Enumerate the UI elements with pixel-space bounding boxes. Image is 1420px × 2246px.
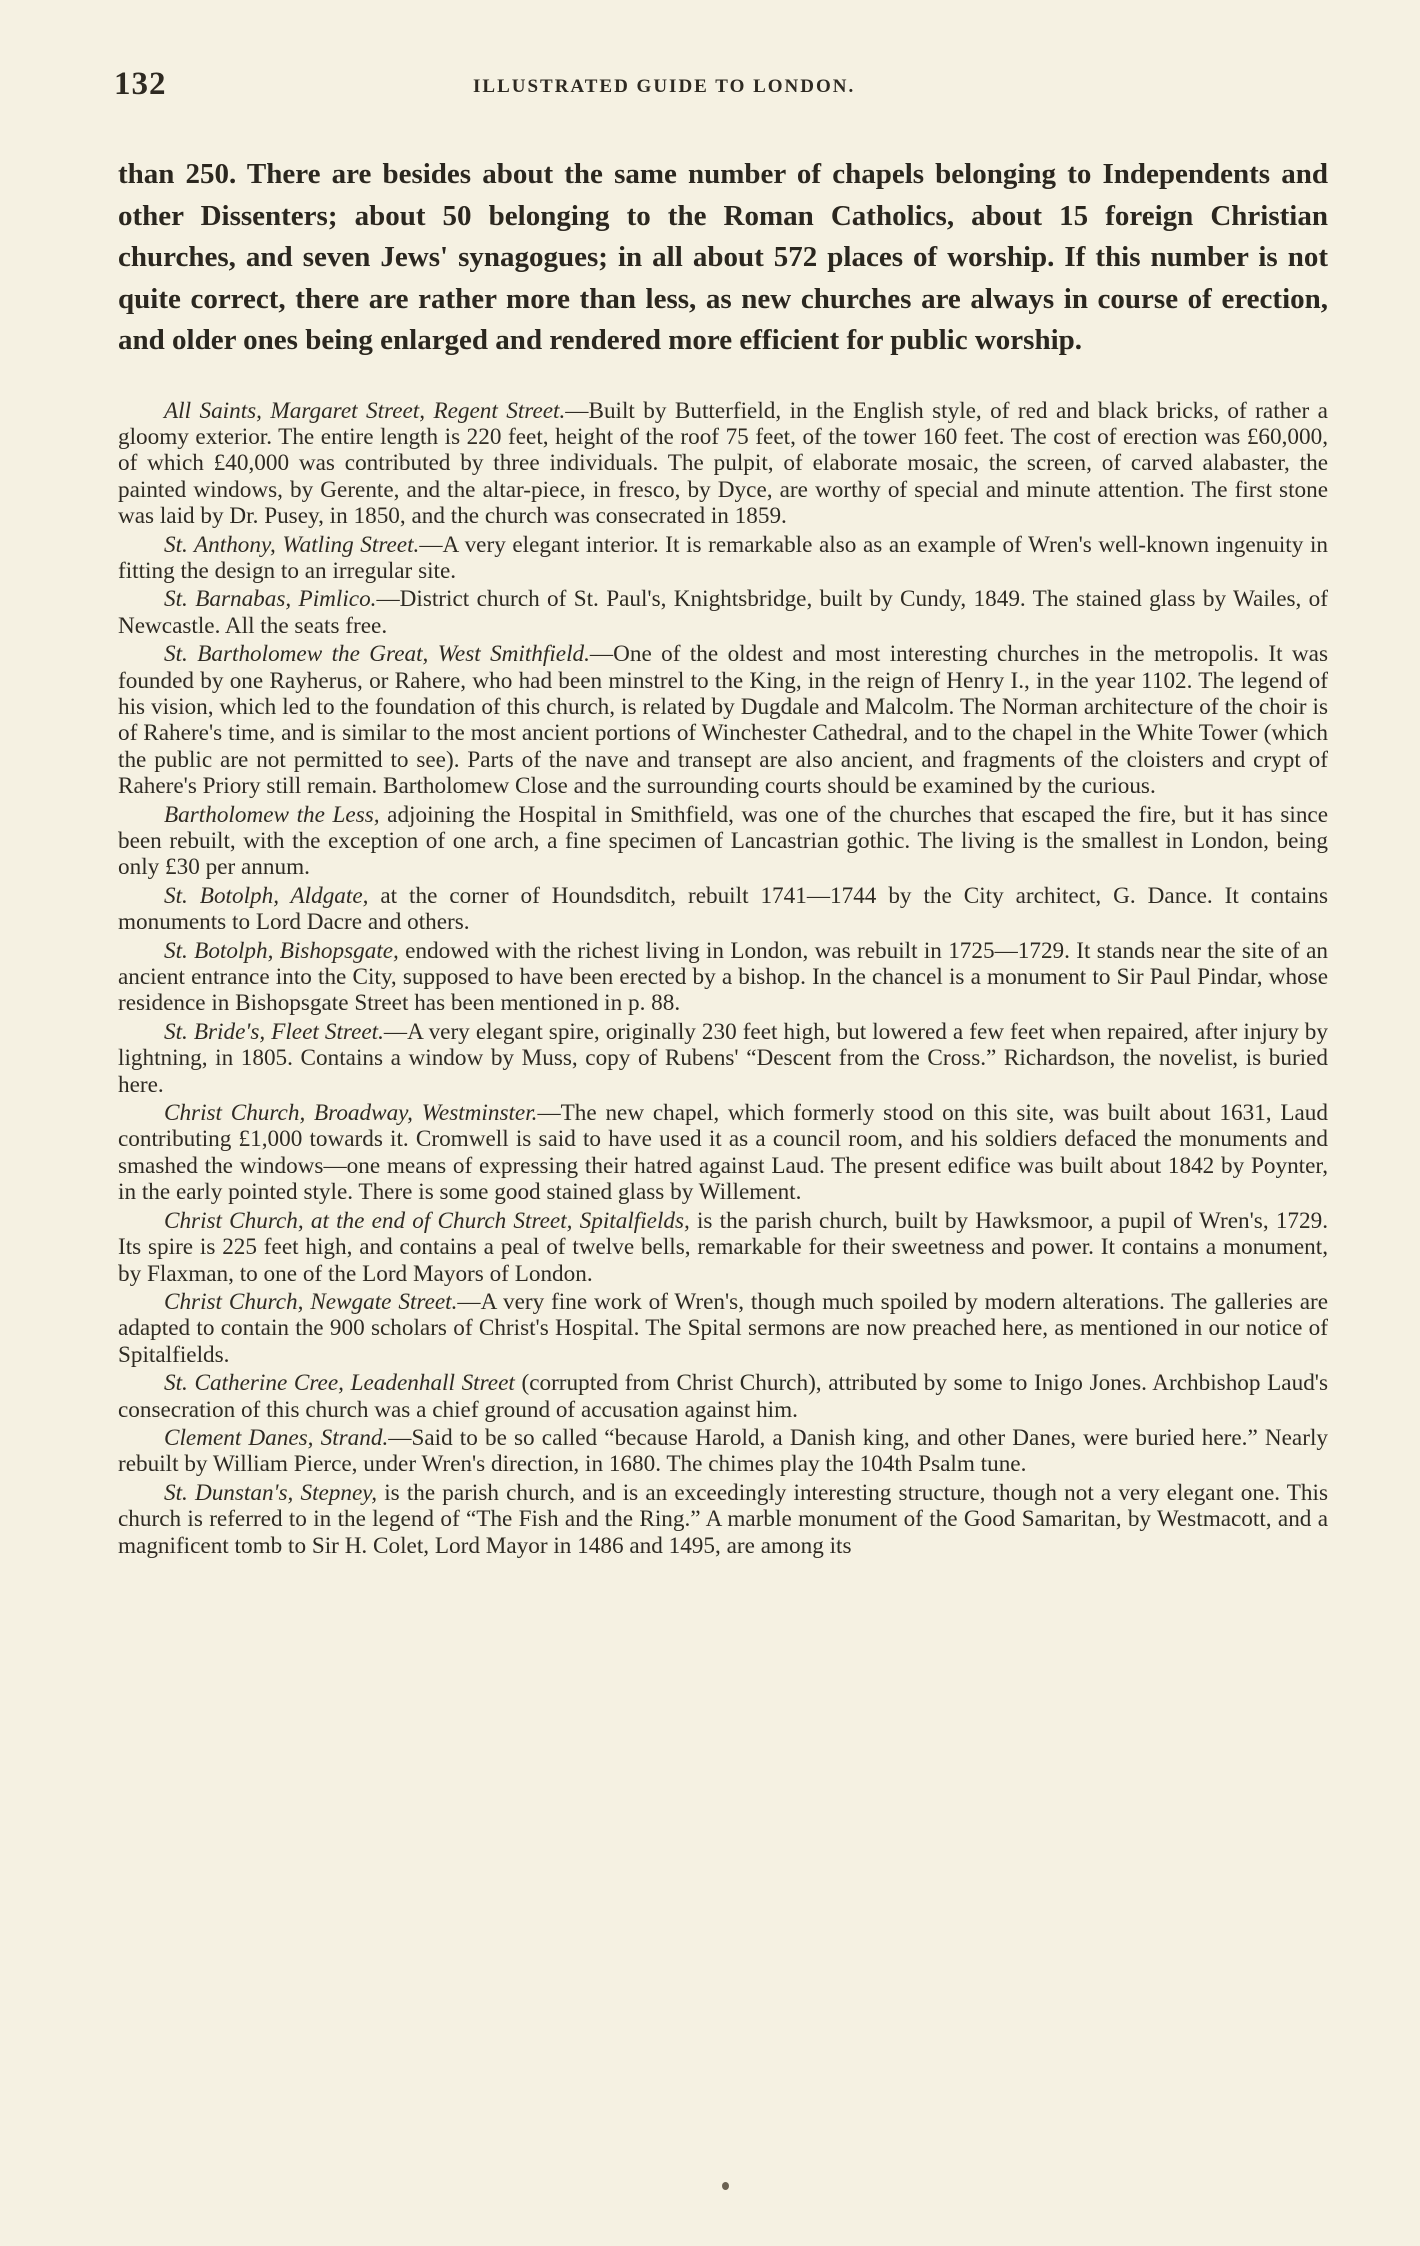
entry-name: St. Botolph, Bishopsgate, bbox=[164, 938, 399, 964]
entry-st-anthony: St. Anthony, Watling Street.—A very eleg… bbox=[118, 532, 1328, 585]
entry-name: Clement Danes, Strand. bbox=[164, 1425, 388, 1451]
ink-dot-mark bbox=[722, 2182, 729, 2190]
entry-name: St. Dunstan's, Stepney, bbox=[164, 1480, 377, 1506]
church-entries: All Saints, Margaret Street, Regent Stre… bbox=[118, 398, 1328, 1559]
entry-st-bartholomew-great: St. Bartholomew the Great, West Smithfie… bbox=[118, 641, 1328, 799]
page-number: 132 bbox=[114, 66, 167, 103]
entry-name: Christ Church, at the end of Church Stre… bbox=[164, 1208, 690, 1234]
entry-name: Bartholomew the Less, bbox=[164, 802, 380, 828]
entry-st-catherine-cree: St. Catherine Cree, Leadenhall Street (c… bbox=[118, 1370, 1328, 1423]
entry-st-brides: St. Bride's, Fleet Street.—A very elegan… bbox=[118, 1019, 1328, 1098]
entry-name: St. Botolph, Aldgate, bbox=[164, 883, 368, 909]
entry-christ-church-newgate: Christ Church, Newgate Street.—A very fi… bbox=[118, 1289, 1328, 1368]
entry-clement-danes: Clement Danes, Strand.—Said to be so cal… bbox=[118, 1425, 1328, 1478]
entry-name: St. Bartholomew the Great, West Smithfie… bbox=[164, 641, 590, 667]
entry-name: St. Anthony, Watling Street. bbox=[164, 532, 419, 558]
entry-st-botolph-bishopsgate: St. Botolph, Bishopsgate, endowed with t… bbox=[118, 938, 1328, 1017]
running-title: ILLUSTRATED GUIDE TO LONDON. bbox=[473, 76, 855, 98]
intro-paragraph: than 250. There are besides about the sa… bbox=[118, 154, 1328, 362]
running-head: 132 ILLUSTRATED GUIDE TO LONDON. bbox=[118, 66, 1328, 106]
entry-name: Christ Church, Broadway, Westminster. bbox=[164, 1100, 537, 1126]
entry-bartholomew-less: Bartholomew the Less, adjoining the Hosp… bbox=[118, 802, 1328, 881]
entry-name: St. Barnabas, Pimlico. bbox=[164, 586, 376, 612]
book-page: 132 ILLUSTRATED GUIDE TO LONDON. than 25… bbox=[118, 66, 1328, 1561]
entry-christ-church-westminster: Christ Church, Broadway, Westminster.—Th… bbox=[118, 1100, 1328, 1206]
entry-name: Christ Church, Newgate Street. bbox=[164, 1289, 457, 1315]
entry-all-saints: All Saints, Margaret Street, Regent Stre… bbox=[118, 398, 1328, 530]
entry-name: All Saints, Margaret Street, Regent Stre… bbox=[164, 398, 565, 424]
entry-name: St. Catherine Cree, Leadenhall Street bbox=[164, 1370, 515, 1396]
entry-christ-church-spitalfields: Christ Church, at the end of Church Stre… bbox=[118, 1208, 1328, 1287]
entry-st-dunstans: St. Dunstan's, Stepney, is the parish ch… bbox=[118, 1480, 1328, 1559]
entry-st-botolph-aldgate: St. Botolph, Aldgate, at the corner of H… bbox=[118, 883, 1328, 936]
entry-st-barnabas: St. Barnabas, Pimlico.—District church o… bbox=[118, 586, 1328, 639]
entry-name: St. Bride's, Fleet Street. bbox=[164, 1019, 384, 1045]
